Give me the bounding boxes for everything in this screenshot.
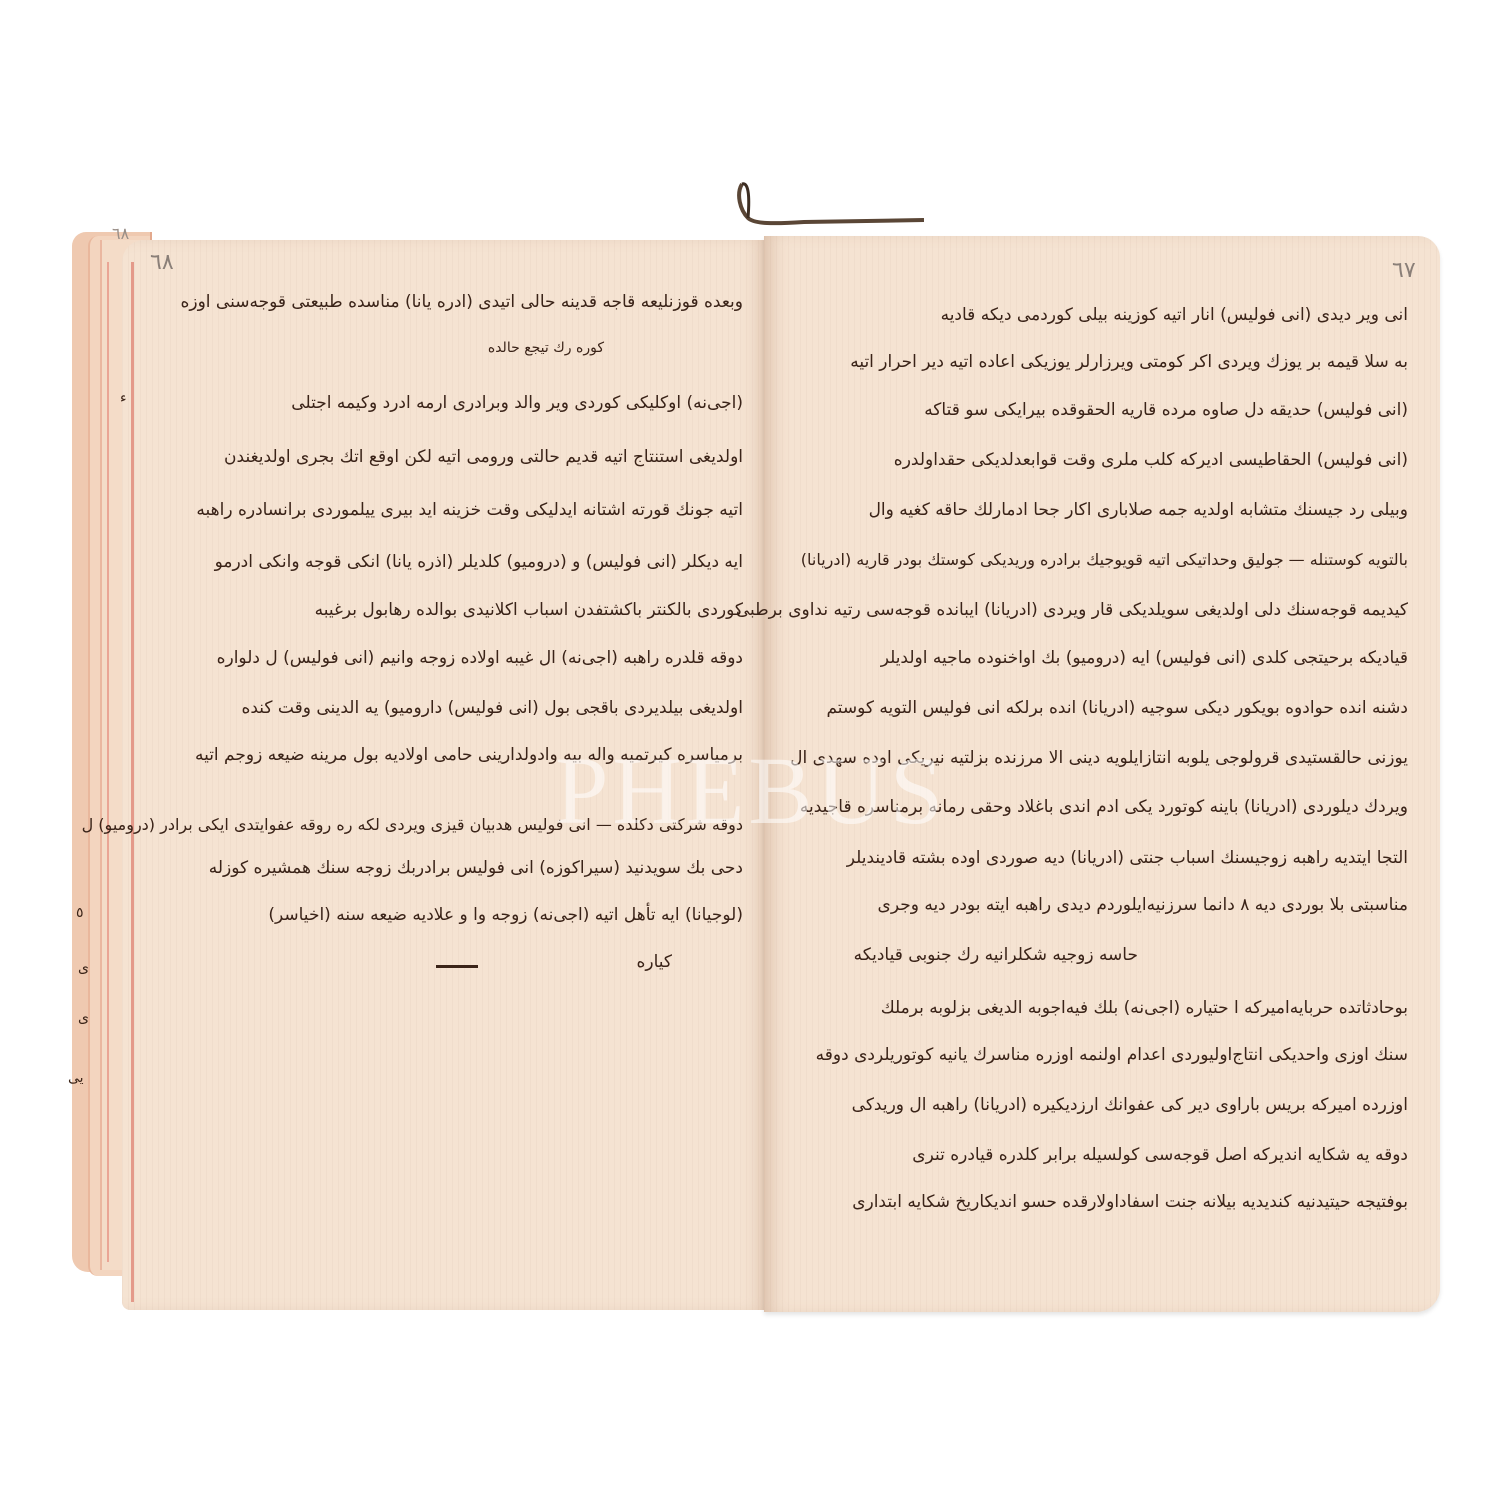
open-notebook: ٦٨ ٦٨ وبعده قوزنلیعه قاجه قدینه حالی اتی… [0, 0, 1500, 1500]
left-line-14: کیاره [636, 952, 672, 972]
left-line-7: کوردی بالکنتر باکشتفدن اسباب اکلانیدی بو… [315, 600, 743, 620]
right-line-13: مناسبتی بلا بوردی دیه ۸ دانما سرزنیه‌ایل… [878, 895, 1408, 915]
right-line-17: اوزرده امیرکه بریس باراوی دیر کی عفوانك … [852, 1095, 1408, 1115]
left-line-6: ایه دیکلر (انی فولیس) و (درومیو) کلدیلر … [215, 552, 743, 572]
left-margin-rule [131, 262, 134, 1302]
left-line-3: (اجی‌نه) اوکلیکی کوردی ویر والد وبرادری … [291, 393, 743, 413]
right-line-5: وبیلی رد جیسنك متشابه اولدیه جمه صلاباری… [869, 500, 1408, 520]
right-line-8: قیادیکه برحیتجی کلدی (انی فولیس) ایه (در… [881, 648, 1408, 668]
left-line-5: اتیه جونك قورته اشتانه ایدلیکی وقت خزینه… [196, 500, 743, 520]
right-line-1: انی ویر دیدی (انی فولیس) انار اتیه کوزین… [941, 305, 1408, 325]
left-line-1: وبعده قوزنلیعه قاجه قدینه حالی اتیدی (اد… [180, 292, 743, 312]
watermark: PHEBUS [555, 735, 947, 846]
right-line-4: (انی فولیس) الحقاطیسی ادیرکه کلب ملری وق… [894, 450, 1408, 470]
left-margin-rule-outer [107, 262, 109, 1262]
left-line-2: کوره رك تیجع حالده [488, 340, 604, 356]
left-line-13: (لوجیانا) ایه تأهل اتیه (اجی‌نه) زوجه وا… [268, 905, 743, 925]
margin-mark: یی [68, 1070, 84, 1086]
right-line-18: دوقه یه شکایه اندیرکه اصل قوجه‌سی کولسیل… [912, 1145, 1408, 1165]
margin-mark: ی [78, 1010, 89, 1026]
left-page-number: ٦٨ [150, 250, 174, 275]
left-line-4: اولدیغی استنتاج اتیه قدیم حالتی ورومی ات… [224, 447, 743, 467]
margin-mark: ی [78, 960, 89, 976]
right-line-16: سنك اوزی واحدیکی انتاج‌اولیوردی اعدام او… [816, 1045, 1408, 1065]
right-line-12: التجا ایتدیه راهبه زوجیسنك اسباب جنتی (ا… [847, 848, 1408, 868]
left-line-8: دوقه قلدره راهبه (اجی‌نه) ال غیبه اولاده… [217, 648, 743, 668]
closing-rule [436, 965, 478, 968]
right-line-9: دشنه انده حوادوه بویکور دیکی سوجیه (ادری… [826, 698, 1408, 718]
right-line-3: (انی فولیس) حدیقه دل صاوه مرده قاریه الح… [924, 400, 1408, 420]
edge-page-number: ٦٨ [112, 224, 129, 243]
left-line-12: دحی بك سویدنید (سیراکوزه) انی فولیس براد… [209, 858, 743, 878]
right-line-14: حاسه زوجیه شکلرانیه رك جنوبی قیادیکه [854, 945, 1138, 965]
margin-mark: ء [120, 390, 127, 406]
right-page-number: ٦٧ [1392, 258, 1416, 283]
left-line-9: اولدیغی بیلدیردی باقجی بول (انی فولیس) د… [241, 698, 743, 718]
right-line-19: بوفتیجه حیتیدنیه کندیدیه بیلانه جنت اسفا… [852, 1192, 1408, 1212]
margin-mark: ٥ [76, 905, 84, 921]
right-line-15: بوحادثاتده حربایه‌امیرکه ا حتیاره (اجی‌ن… [881, 998, 1408, 1018]
right-line-6: بالتویه کوستنله — جولیق وحداتیکی اتیه قو… [801, 550, 1408, 569]
bookmark-string [734, 180, 924, 228]
right-line-7: کیدیمه قوجه‌سنك دلی اولدیغی سویلدیکی قار… [736, 600, 1408, 620]
right-line-2: به سلا قیمه بر یوزك ویردی اکر کومتی ویرز… [850, 352, 1408, 372]
